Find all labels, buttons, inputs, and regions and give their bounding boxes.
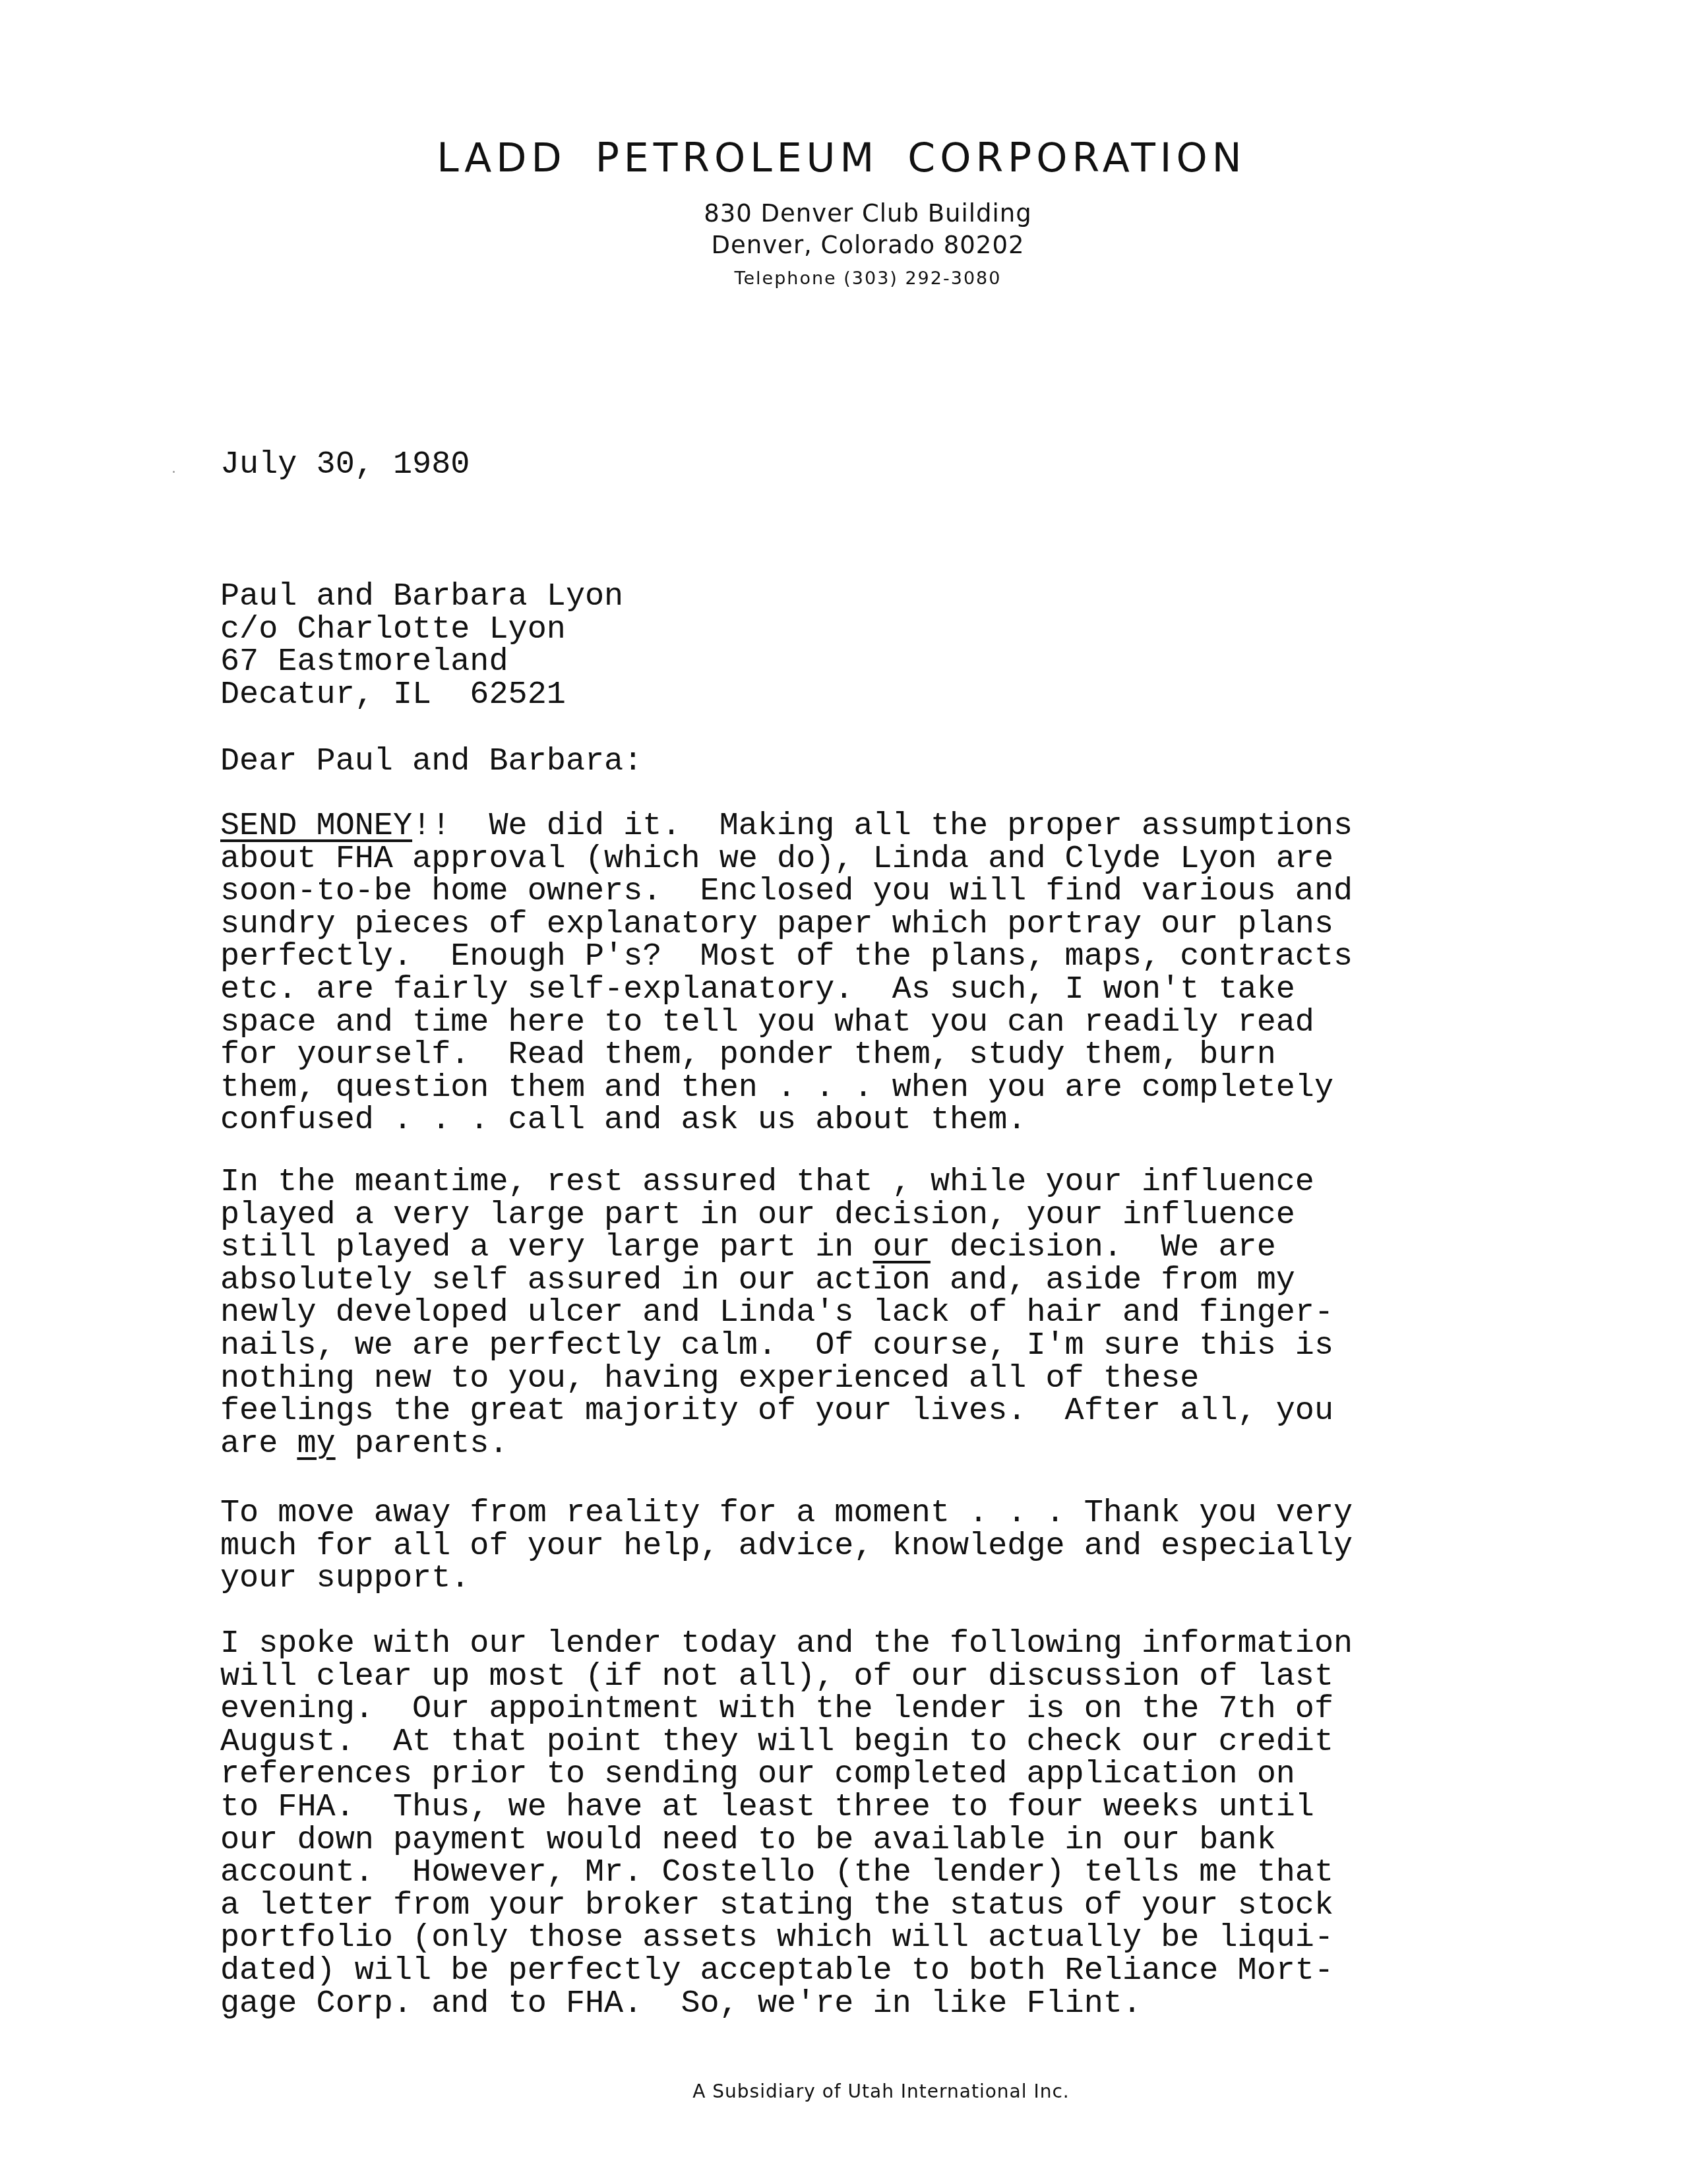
paragraph-line: them, question them and then . . . when … <box>220 1072 1353 1105</box>
paragraph-line: perfectly. Enough P's? Most of the plans… <box>220 940 1353 973</box>
paragraph-line: newly developed ulcer and Linda's lack o… <box>220 1296 1333 1329</box>
paragraph-line: nothing new to you, having experienced a… <box>220 1362 1333 1395</box>
company-word: CORPORATION <box>907 135 1246 181</box>
paragraph-line: our down payment would need to be availa… <box>220 1824 1353 1857</box>
scan-speck <box>173 471 175 473</box>
company-telephone: Telephone (303) 292-3080 <box>26 268 1683 289</box>
paragraph-line: confused . . . call and ask us about the… <box>220 1104 1353 1137</box>
company-word: LADD <box>437 135 566 181</box>
paragraph-line: still played a very large part in our de… <box>220 1231 1333 1264</box>
paragraph-line: evening. Our appointment with the lender… <box>220 1693 1353 1726</box>
emphasis-underlined: our <box>873 1229 931 1265</box>
company-address-line2: Denver, Colorado 80202 <box>26 231 1683 259</box>
paragraph-line: dated) will be perfectly acceptable to b… <box>220 1955 1353 1987</box>
paragraph-line: sundry pieces of explanatory paper which… <box>220 908 1353 941</box>
company-word: PETROLEUM <box>596 135 879 181</box>
paragraph-line: feelings the great majority of your live… <box>220 1395 1333 1428</box>
paragraph-line: nails, we are perfectly calm. Of course,… <box>220 1329 1333 1362</box>
recipient-city: Decatur, IL 62521 <box>220 679 623 712</box>
emphasis-underlined: my <box>297 1426 335 1462</box>
inside-address: Paul and Barbara Lyonc/o Charlotte Lyon6… <box>220 580 623 711</box>
letter-date: July 30, 1980 <box>220 448 470 481</box>
paragraph-line: To move away from reality for a moment .… <box>220 1497 1353 1530</box>
paragraph-line: portfolio (only those assets which will … <box>220 1922 1353 1955</box>
paragraph-line: August. At that point they will begin to… <box>220 1726 1353 1759</box>
paragraph-line: gage Corp. and to FHA. So, we're in like… <box>220 1987 1353 2020</box>
paragraph-line: for yourself. Read them, ponder them, st… <box>220 1039 1353 1072</box>
paragraph-4: I spoke with our lender today and the fo… <box>220 1627 1353 2020</box>
paragraph-line: your support. <box>220 1562 1353 1595</box>
paragraph-line: references prior to sending our complete… <box>220 1758 1353 1791</box>
paragraph-line: In the meantime, rest assured that , whi… <box>220 1166 1333 1199</box>
recipient-care-of: c/o Charlotte Lyon <box>220 613 623 646</box>
paragraph-line: are my parents. <box>220 1428 1333 1461</box>
paragraph-2: In the meantime, rest assured that , whi… <box>220 1166 1333 1460</box>
paragraph-line: about FHA approval (which we do), Linda … <box>220 843 1353 876</box>
paragraph-line: a letter from your broker stating the st… <box>220 1889 1353 1922</box>
paragraph-line: soon-to-be home owners. Enclosed you wil… <box>220 875 1353 908</box>
paragraph-3: To move away from reality for a moment .… <box>220 1497 1353 1595</box>
paragraph-line: absolutely self assured in our action an… <box>220 1264 1333 1297</box>
paragraph-line: SEND MONEY!! We did it. Making all the p… <box>220 810 1353 843</box>
paragraph-line: etc. are fairly self-explanatory. As suc… <box>220 973 1353 1006</box>
emphasis-underlined: SEND MONEY <box>220 808 412 844</box>
paragraph-line: to FHA. Thus, we have at least three to … <box>220 1791 1353 1824</box>
paragraph-line: space and time here to tell you what you… <box>220 1006 1353 1039</box>
paragraph-1: SEND MONEY!! We did it. Making all the p… <box>220 810 1353 1137</box>
company-name: LADDPETROLEUMCORPORATION <box>0 135 1683 181</box>
paragraph-line: played a very large part in our decision… <box>220 1199 1333 1232</box>
recipient-street: 67 Eastmoreland <box>220 646 623 679</box>
company-address-line1: 830 Denver Club Building <box>26 199 1683 228</box>
letterhead-footer: A Subsidiary of Utah International Inc. <box>40 2080 1683 2102</box>
paragraph-line: much for all of your help, advice, knowl… <box>220 1530 1353 1563</box>
paragraph-line: I spoke with our lender today and the fo… <box>220 1627 1353 1660</box>
paragraph-line: will clear up most (if not all), of our … <box>220 1660 1353 1693</box>
paragraph-line: account. However, Mr. Costello (the lend… <box>220 1856 1353 1889</box>
recipient-name: Paul and Barbara Lyon <box>220 580 623 613</box>
salutation: Dear Paul and Barbara: <box>220 745 642 778</box>
